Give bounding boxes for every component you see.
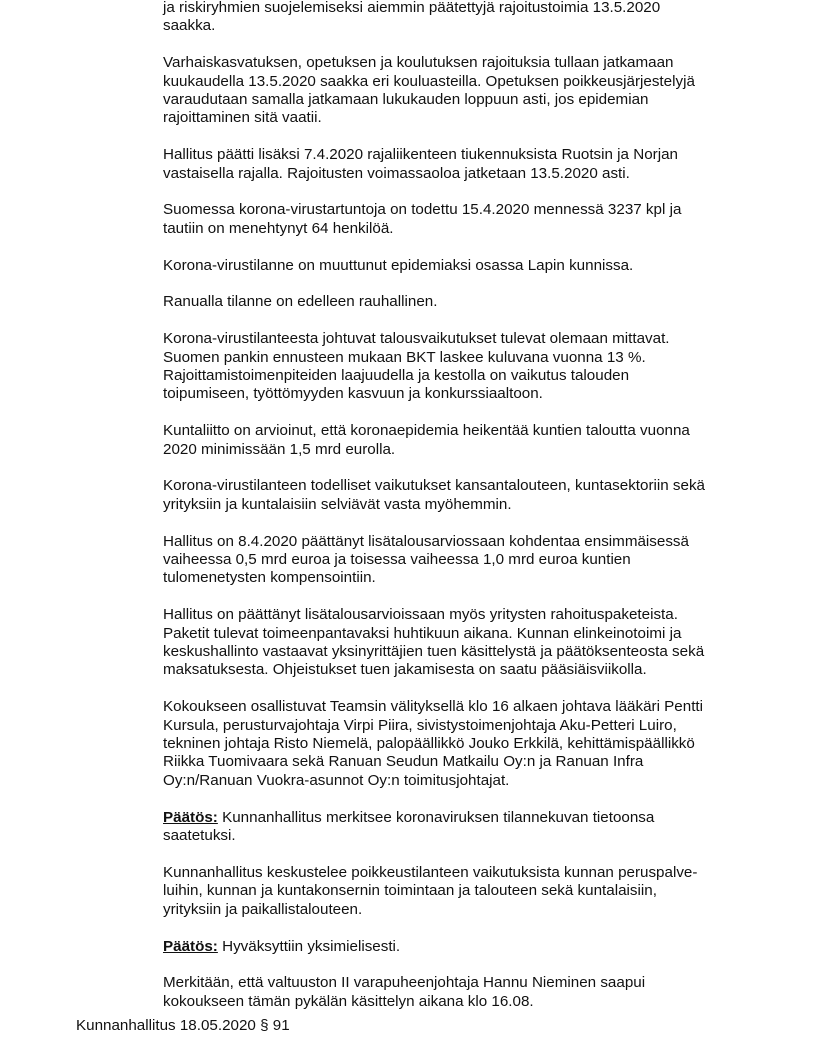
decision-label: Päätös: — [163, 938, 218, 955]
paragraph-line: tekninen johtaja Risto Niemelä, palopääl… — [163, 735, 763, 753]
paragraph-line: rajoittaminen sitä vaatii. — [163, 109, 763, 127]
paragraph-line: tulomenetysten kompensointiin. — [163, 569, 763, 587]
paragraph-line: Korona-virustilanteen todelliset vaikutu… — [163, 477, 763, 495]
paragraph: ja riskiryhmien suojelemiseksi aiemmin p… — [163, 0, 763, 36]
paragraph-line: Oy:n/Ranuan Vuokra-asunnot Oy:n toimitus… — [163, 772, 763, 790]
decision-1: Päätös: Kunnanhallitus merkitsee koronav… — [163, 809, 763, 846]
paragraph-line: Ranualla tilanne on edelleen rauhallinen… — [163, 293, 763, 311]
paragraph-line: Riikka Tuomivaara sekä Ranuan Seudun Mat… — [163, 753, 763, 771]
paragraph-line: 2020 minimissään 1,5 mrd eurolla. — [163, 441, 763, 459]
paragraph-line: kokoukseen tämän pykälän käsittelyn aika… — [163, 993, 763, 1011]
paragraph-line: Kursula, perusturvajohtaja Virpi Piira, … — [163, 717, 763, 735]
paragraph: Kokoukseen osallistuvat Teamsin välityks… — [163, 698, 763, 790]
paragraph-line: vaiheessa 0,5 mrd euroa ja toisessa vaih… — [163, 551, 763, 569]
paragraph-line: luihin, kunnan ja kuntakonsernin toimint… — [163, 882, 763, 900]
paragraph-line: Suomen pankin ennusteen mukaan BKT laske… — [163, 349, 763, 367]
decision-2: Päätös: Hyväksyttiin yksimielisesti. — [163, 938, 763, 956]
document-body: ja riskiryhmien suojelemiseksi aiemmin p… — [163, 0, 763, 1030]
paragraph-line: Hallitus päätti lisäksi 7.4.2020 rajalii… — [163, 146, 763, 164]
decision-label: Päätös: — [163, 809, 218, 826]
decision-text: Hyväksyttiin yksimielisesti. — [218, 938, 400, 955]
paragraph: Hallitus päätti lisäksi 7.4.2020 rajalii… — [163, 146, 763, 183]
paragraph-line: ja riskiryhmien suojelemiseksi aiemmin p… — [163, 0, 763, 17]
paragraph-line: kuukaudella 13.5.2020 saakka eri kouluas… — [163, 73, 763, 91]
paragraph-line: Kuntaliitto on arvioinut, että koronaepi… — [163, 422, 763, 440]
page-footer: Kunnanhallitus 18.05.2020 § 91 — [76, 1017, 290, 1035]
paragraph: Korona-virustilanne on muuttunut epidemi… — [163, 257, 763, 275]
paragraph: Korona-virustilanteesta johtuvat talousv… — [163, 330, 763, 404]
paragraph: Hallitus on 8.4.2020 päättänyt lisätalou… — [163, 533, 763, 588]
paragraph-line: Hallitus on päättänyt lisätalousarvioiss… — [163, 606, 763, 624]
paragraph-line: Rajoittamistoimenpiteiden laajuudella ja… — [163, 367, 763, 385]
paragraph-line: Korona-virustilanteesta johtuvat talousv… — [163, 330, 763, 348]
paragraph: Ranualla tilanne on edelleen rauhallinen… — [163, 293, 763, 311]
note-paragraph: Merkitään, että valtuuston II varapuheen… — [163, 974, 763, 1011]
paragraph: Suomessa korona-virustartuntoja on todet… — [163, 201, 763, 238]
paragraph-line: maksatuksesta. Ohjeistukset tuen jakamis… — [163, 661, 763, 679]
paragraph-list: ja riskiryhmien suojelemiseksi aiemmin p… — [163, 0, 763, 790]
paragraph: Hallitus on päättänyt lisätalousarvioiss… — [163, 606, 763, 680]
paragraph-line: varaudutaan samalla jatkamaan lukukauden… — [163, 91, 763, 109]
decision-text: Kunnanhallitus merkitsee koronaviruksen … — [218, 809, 654, 826]
paragraph-line: Kunnanhallitus keskustelee poikkeustilan… — [163, 864, 763, 882]
paragraph-line: vastaisella rajalla. Rajoitusten voimass… — [163, 165, 763, 183]
paragraph-line: Paketit tulevat toimeenpantavaksi huhtik… — [163, 625, 763, 643]
paragraph-line: toipumiseen, työttömyyden kasvuun ja kon… — [163, 385, 763, 403]
paragraph-line: yrityksiin ja paikallistalouteen. — [163, 901, 763, 919]
paragraph-line: keskushallinto vastaavat yksinyrittäjien… — [163, 643, 763, 661]
paragraph-line: Kokoukseen osallistuvat Teamsin välityks… — [163, 698, 763, 716]
discussion-paragraph: Kunnanhallitus keskustelee poikkeustilan… — [163, 864, 763, 919]
paragraph: Varhaiskasvatuksen, opetuksen ja koulutu… — [163, 54, 763, 128]
paragraph-line: Korona-virustilanne on muuttunut epidemi… — [163, 257, 763, 275]
paragraph-line: Suomessa korona-virustartuntoja on todet… — [163, 201, 763, 219]
paragraph-line: Merkitään, että valtuuston II varapuheen… — [163, 974, 763, 992]
paragraph: Kuntaliitto on arvioinut, että koronaepi… — [163, 422, 763, 459]
decision-text-line: saatetuksi. — [163, 827, 763, 845]
paragraph-line: yrityksiin ja kuntalaisiin selviävät vas… — [163, 496, 763, 514]
paragraph-line: tautiin on menehtynyt 64 henkilöä. — [163, 220, 763, 238]
paragraph-line: saakka. — [163, 17, 763, 35]
paragraph: Korona-virustilanteen todelliset vaikutu… — [163, 477, 763, 514]
paragraph-line: Varhaiskasvatuksen, opetuksen ja koulutu… — [163, 54, 763, 72]
paragraph-line: Hallitus on 8.4.2020 päättänyt lisätalou… — [163, 533, 763, 551]
